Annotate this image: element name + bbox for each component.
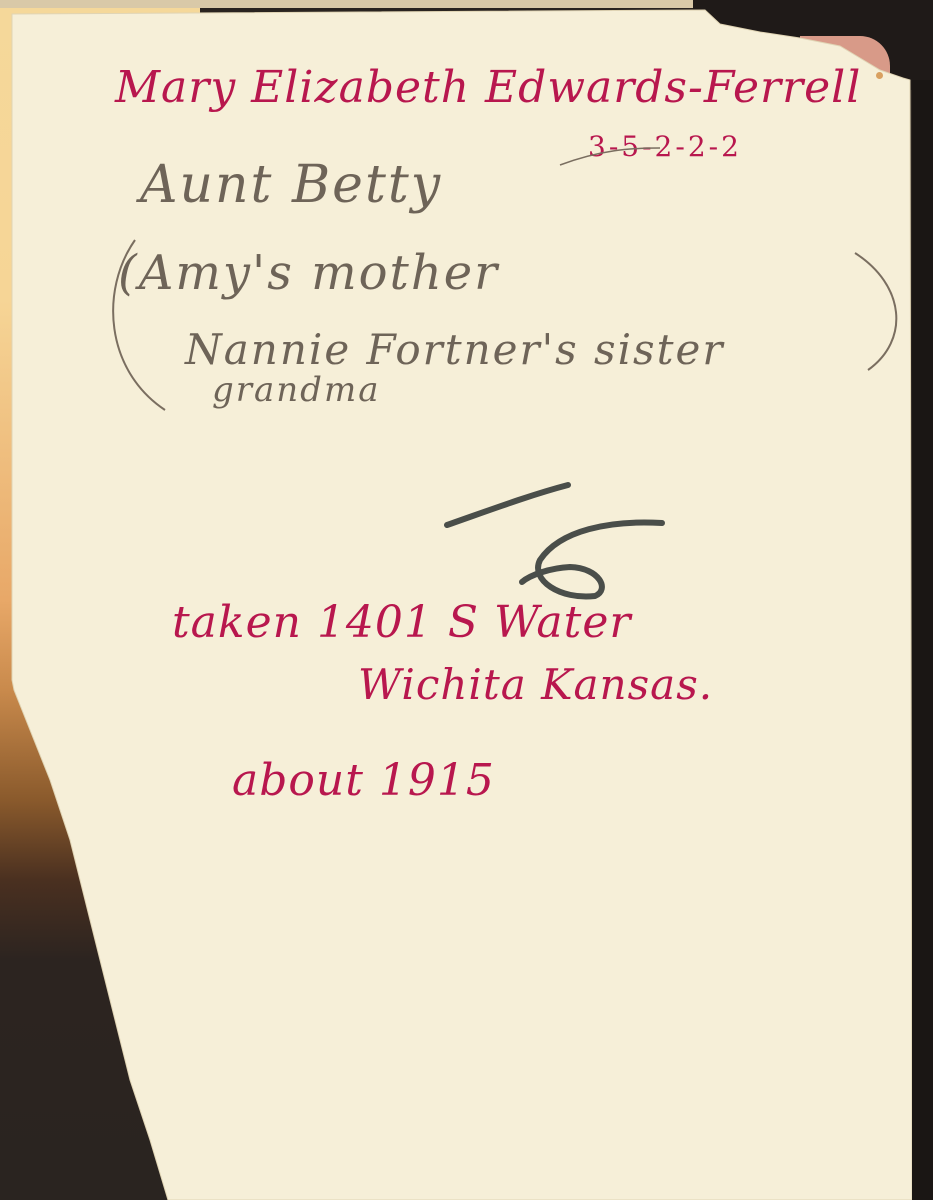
- inscription-nickname: Aunt Betty: [140, 155, 442, 215]
- inscription-location-line2: Wichita Kansas.: [358, 660, 713, 709]
- paper-stain: [876, 72, 883, 79]
- inscription-relation-line2: Nannie Fortner's sister: [185, 325, 724, 374]
- inscription-date: about 1915: [232, 755, 495, 806]
- inscription-relation-note: grandma: [212, 370, 380, 410]
- inscription-relation-line1: (Amy's mother: [118, 245, 499, 301]
- inscription-code: 3-5-2-2-2: [588, 130, 742, 163]
- inscription-name: Mary Elizabeth Edwards-Ferrell: [115, 62, 861, 113]
- inscription-location-line1: taken 1401 S Water: [172, 597, 631, 648]
